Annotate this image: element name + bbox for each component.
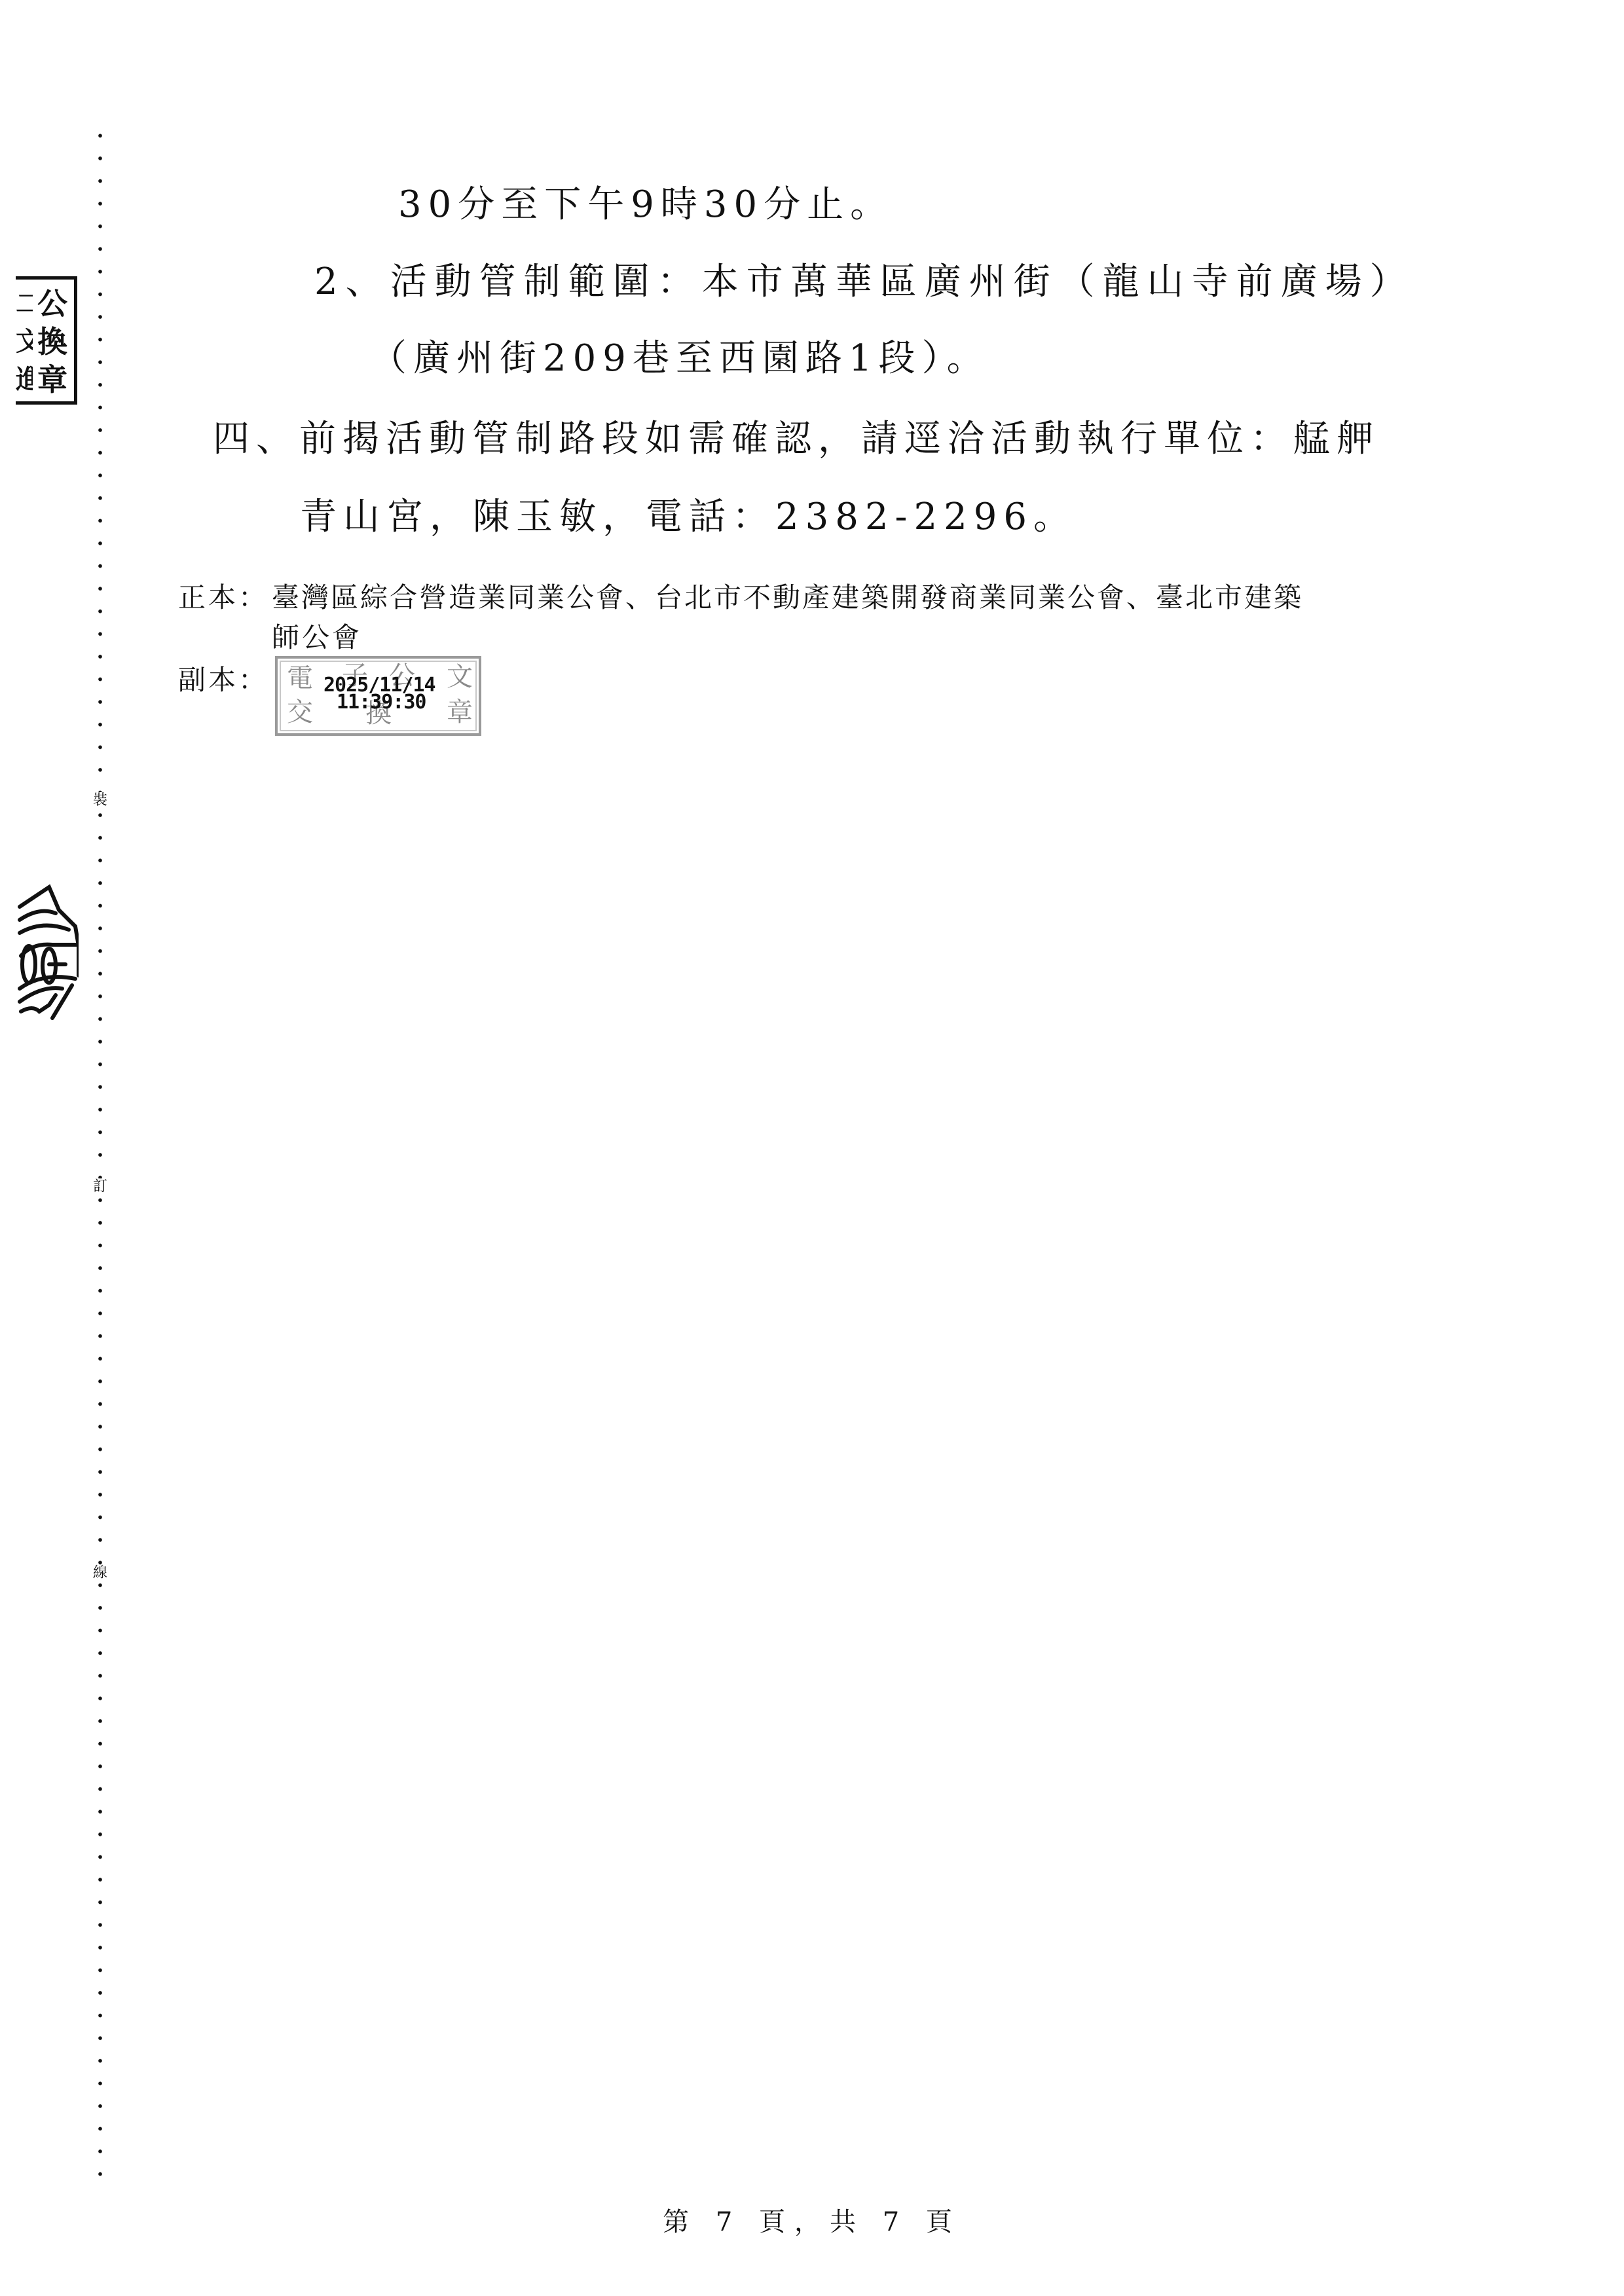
left-edge-seal: 二文進 公換章 <box>16 276 77 405</box>
page-number-footer: 第 7 頁，共 7 頁 <box>0 2201 1624 2238</box>
binding-label-ding: 訂 <box>92 1178 108 1195</box>
body-line-control-area-range: （廣州街209巷至西園路1段）。 <box>370 340 990 377</box>
stamp-char: 交 <box>287 699 313 725</box>
binding-label-zhuang: 裝 <box>92 792 108 809</box>
stamp-char: 電 <box>287 665 313 691</box>
body-line-time-end: 30分至下午9時30分止。 <box>398 187 893 223</box>
copy-recipients-label: 副本： <box>178 666 268 694</box>
seal-column-text: 公換章 <box>36 285 69 399</box>
electronic-exchange-stamp: 電 子 公 文 交 換 章 2025/11/14 11:39:30 <box>275 656 481 736</box>
body-line-section-four: 四、前揭活動管制路段如需確認，請逕洽活動執行單位：艋舺 <box>213 421 1380 458</box>
body-line-control-area: 2、活動管制範圍：本市萬華區廣州街（龍山寺前廣場） <box>314 264 1414 301</box>
stamp-char: 文 <box>447 664 473 690</box>
body-line-contact: 青山宮，陳玉敏，電話：2382-2296。 <box>300 499 1077 536</box>
original-recipients-label: 正本： <box>178 584 268 611</box>
seal-fragment-text: 二文進 <box>16 285 33 399</box>
partial-round-seal-icon <box>13 881 79 1025</box>
binding-label-xian: 線 <box>92 1565 108 1582</box>
original-recipients-line-2: 師公會 <box>272 624 362 651</box>
stamp-time: 11:39:30 <box>337 693 426 712</box>
original-recipients-line-1: 臺灣區綜合營造業同業公會、台北市不動產建築開發商業同業公會、臺北市建築 <box>272 584 1303 611</box>
stamp-char: 章 <box>447 699 473 725</box>
binding-dotted-line <box>98 124 102 2183</box>
